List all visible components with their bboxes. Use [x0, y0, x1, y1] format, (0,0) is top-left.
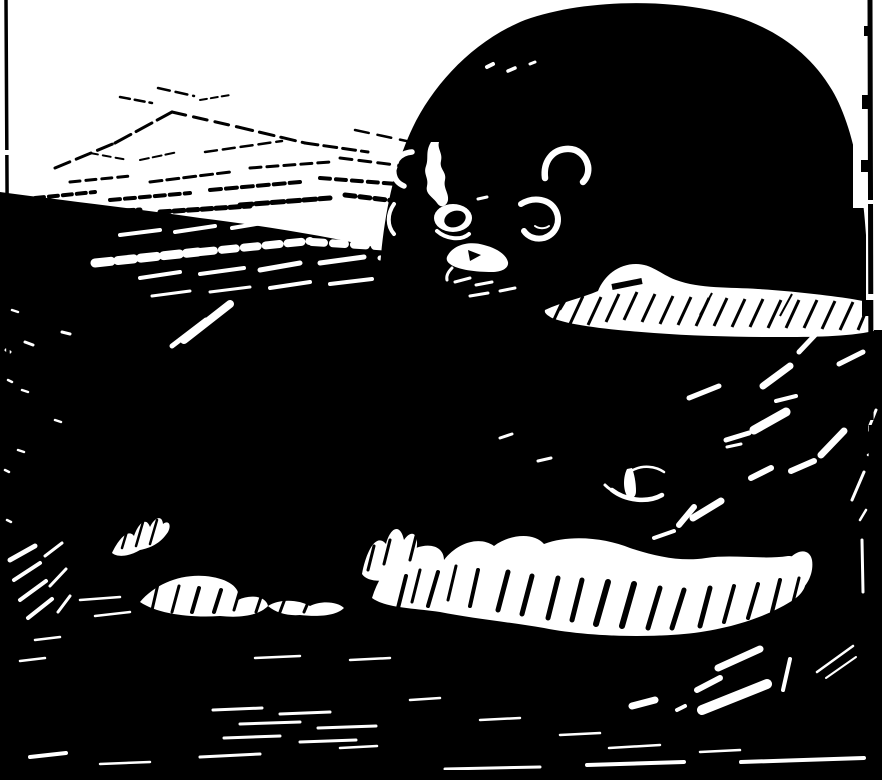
dome-speckles-stroke: [478, 197, 487, 199]
engraving-illustration: [0, 0, 882, 780]
water-streaks-stroke: [862, 540, 863, 592]
frame-right-line: [870, 0, 872, 780]
water-streaks-stroke: [445, 767, 540, 769]
rock-flecks-stroke: [62, 332, 70, 334]
water-streaks-stroke: [300, 740, 356, 742]
engraving-page: [0, 0, 882, 780]
frame-left-line: [6, 0, 8, 360]
water-streaks-stroke: [224, 736, 280, 738]
water-streaks-stroke: [318, 726, 376, 728]
water-streaks-stroke: [240, 722, 300, 724]
water-streaks-stroke: [280, 712, 330, 714]
frame-bottom-bar: [0, 770, 882, 780]
frame-right-gap: [853, 58, 865, 208]
dome-speckles-stroke: [530, 62, 535, 64]
water-streaks-stroke: [213, 708, 262, 710]
dome-speckles-stroke: [487, 64, 493, 67]
